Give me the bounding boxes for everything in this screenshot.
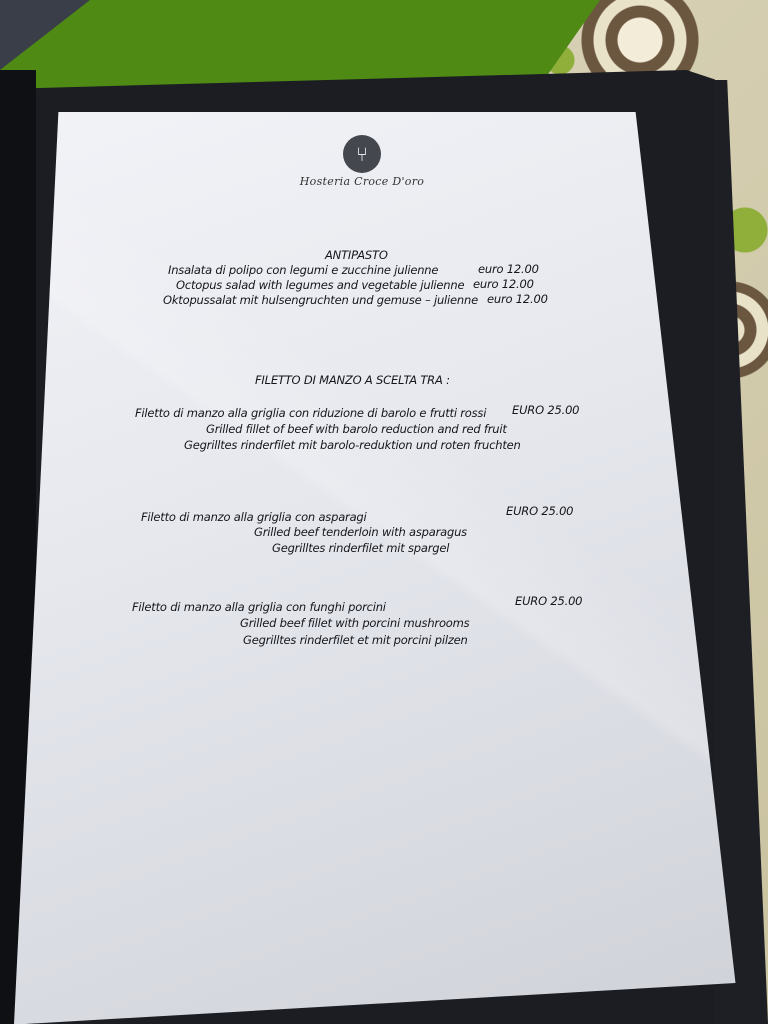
menu-item-line: Gegrilltes rinderfilet et mit porcini pi…: [243, 633, 468, 647]
menu-item-line: Filetto di manzo alla griglia con aspara…: [141, 510, 367, 524]
section-heading-antipasto: ANTIPASTO: [325, 248, 388, 262]
menu-item-line: Grilled beef fillet with porcini mushroo…: [240, 616, 469, 630]
menu-item-price: EURO 25.00: [515, 594, 582, 608]
menu-item-price: euro 12.00: [478, 262, 539, 276]
menu-item-price: euro 12.00: [487, 292, 548, 306]
menu-item-line: Gegrilltes rinderfilet mit barolo-redukt…: [184, 438, 521, 452]
menu-item-line: Filetto di manzo alla griglia con funghi…: [132, 600, 386, 614]
menu-item-line: Gegrilltes rinderfilet mit spargel: [272, 541, 449, 555]
menu-item-price: EURO 25.00: [512, 403, 579, 417]
menu-item-line: Octopus salad with legumes and vegetable…: [176, 278, 464, 292]
restaurant-name: Hosteria Croce D'oro: [292, 175, 432, 188]
menu-item-price: euro 12.00: [473, 277, 534, 291]
cutlery-icon: ⑂: [343, 135, 381, 173]
menu-item-line: Grilled fillet of beef with barolo reduc…: [206, 422, 507, 436]
section-heading-filetto: FILETTO DI MANZO A SCELTA TRA :: [255, 373, 450, 387]
menu-item-line: Insalata di polipo con legumi e zucchine…: [168, 263, 438, 277]
menu-item-line: Oktopussalat mit hulsengruchten und gemu…: [163, 293, 478, 307]
menu-item-line: Filetto di manzo alla griglia con riduzi…: [135, 406, 486, 420]
menu-item-line: Grilled beef tenderloin with asparagus: [254, 525, 467, 539]
restaurant-logo: ⑂ Hosteria Croce D'oro: [292, 135, 432, 188]
menu-item-price: EURO 25.00: [506, 504, 573, 518]
